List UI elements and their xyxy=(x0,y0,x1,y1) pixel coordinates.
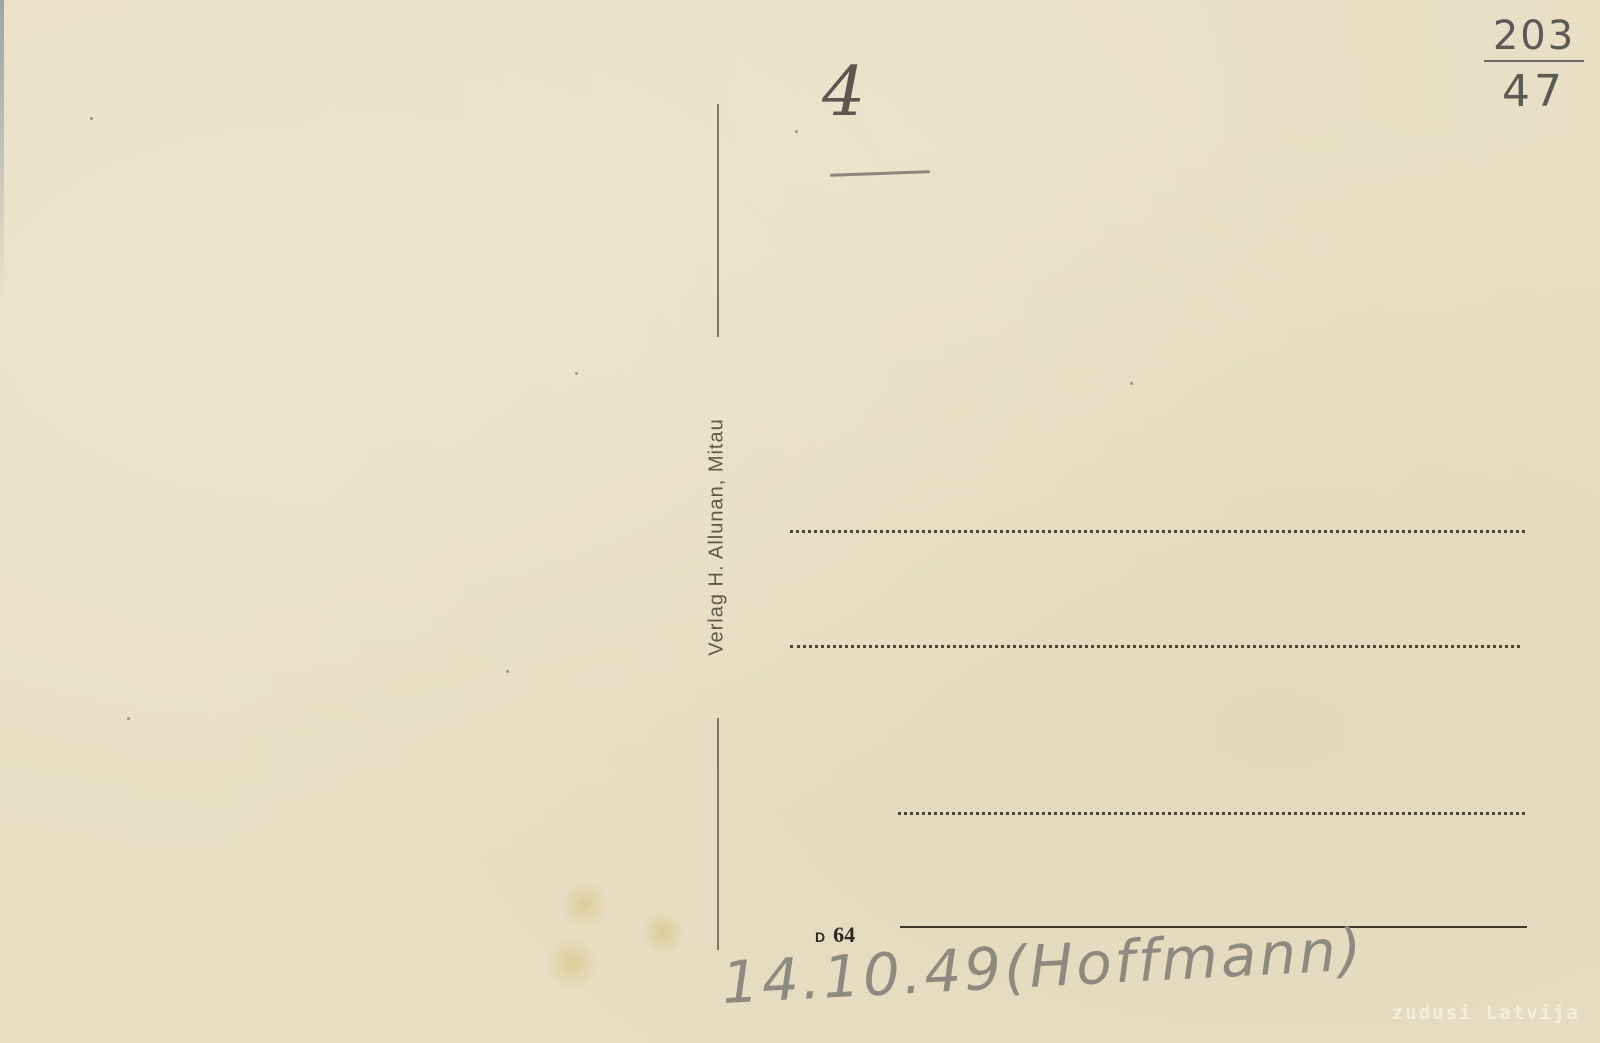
address-line-2 xyxy=(790,645,1520,648)
divider-line-top xyxy=(717,104,719,337)
foxing-stain xyxy=(545,935,600,990)
paper-speck xyxy=(506,670,509,673)
archive-number-fraction-bar xyxy=(1484,60,1584,62)
foxing-stain xyxy=(560,880,610,930)
handwritten-mark-underline xyxy=(830,170,930,176)
postcard-back: Verlag H. Allunan, Mitau D64 4 203 47 14… xyxy=(0,0,1600,1043)
archive-number: 203 47 xyxy=(1484,14,1584,116)
archive-number-bottom: 47 xyxy=(1484,68,1584,116)
publisher-imprint: Verlag H. Allunan, Mitau xyxy=(706,418,729,655)
scan-edge xyxy=(0,0,4,300)
paper-speck xyxy=(795,130,798,133)
paper-speck xyxy=(1130,382,1133,385)
paper-speck xyxy=(90,117,93,120)
foxing-stain xyxy=(640,910,685,955)
handwritten-mark: 4 xyxy=(822,58,865,128)
watermark: zudusi Latvija xyxy=(1392,1002,1580,1024)
paper-speck xyxy=(127,717,130,720)
address-line-1 xyxy=(790,530,1525,533)
archive-number-top: 203 xyxy=(1484,14,1584,58)
address-line-3 xyxy=(898,812,1525,815)
divider-line-bottom xyxy=(717,718,719,950)
paper-speck xyxy=(575,372,578,375)
